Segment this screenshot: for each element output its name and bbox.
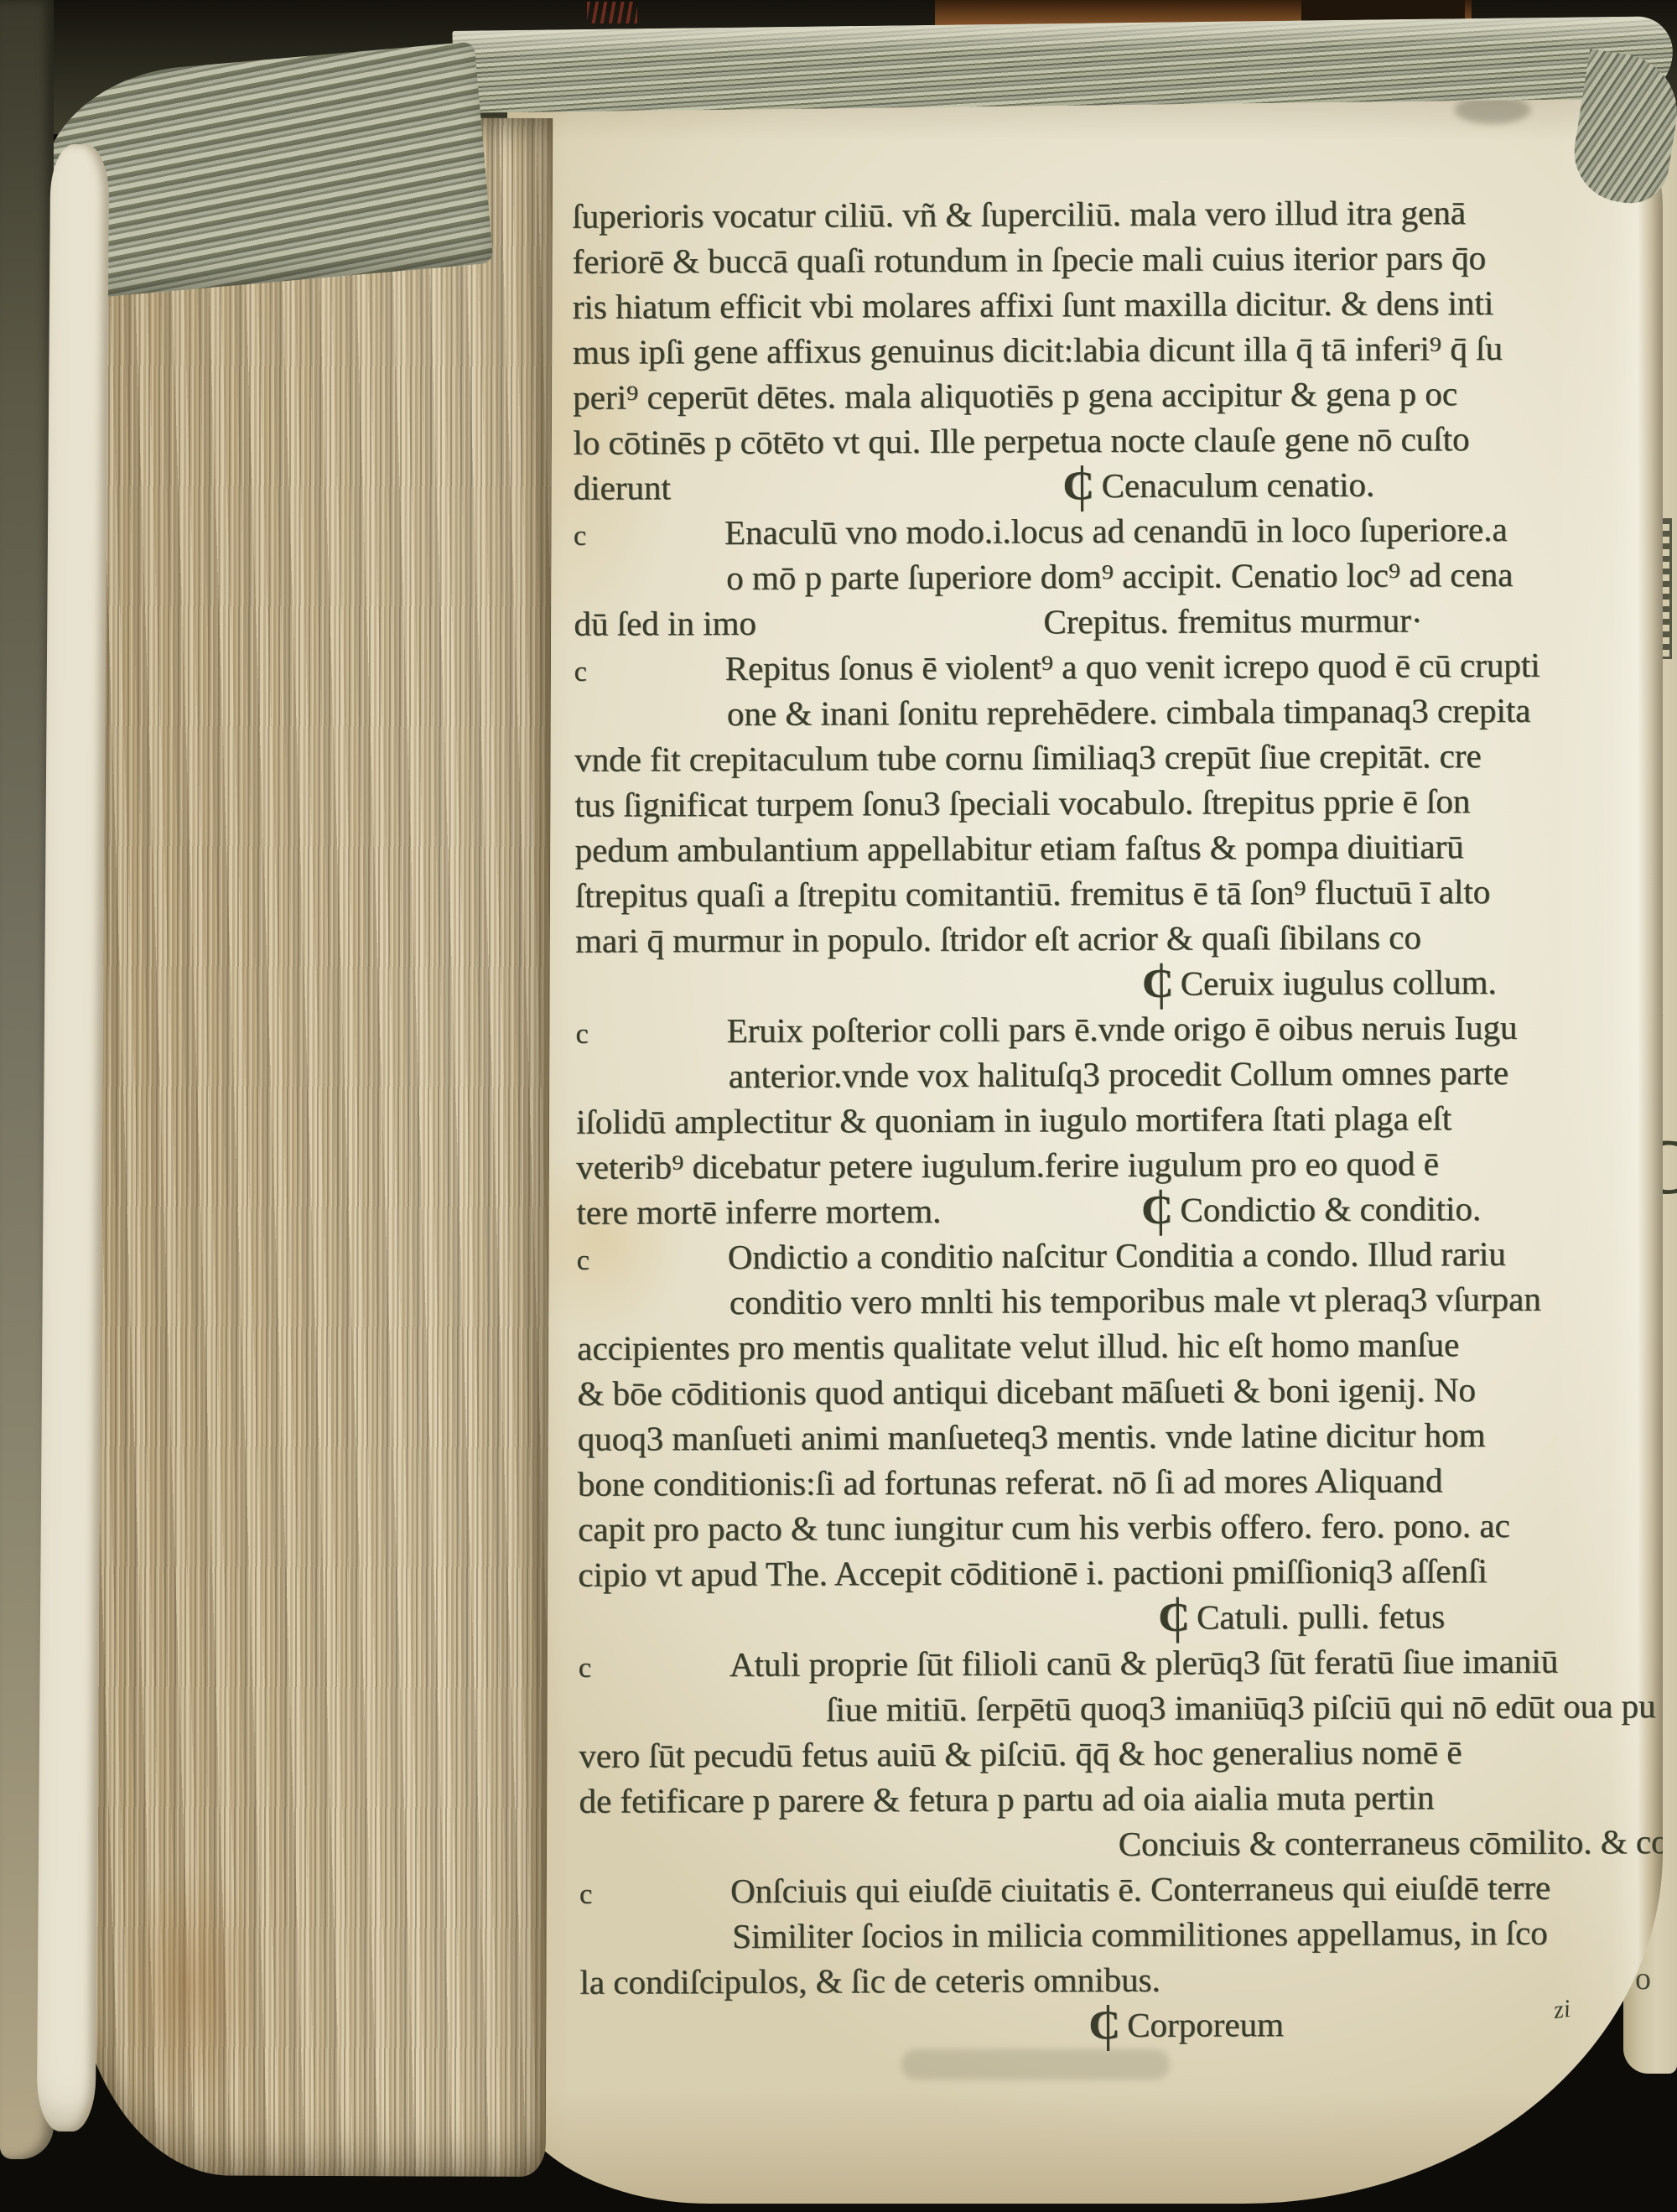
text-line: cipio vt apud The. Accepit cōditionē i. … (578, 1547, 1643, 1597)
paragraph-mark-icon: C (1141, 962, 1173, 1007)
line-text: veterib⁹ dicebatur petere iugulum.ferire… (576, 1144, 1439, 1186)
paragraph-mark-icon: C (1141, 1188, 1173, 1233)
text-line: cOnſciuis qui eiuſdē ciuitatis ē. Conter… (579, 1864, 1644, 1914)
line-text: Repitus ſonus ē violent⁹ a quo venit icr… (725, 646, 1540, 688)
text-line: ſiue mitiū. ſerpētū quoq3 imaniūq3 piſci… (579, 1683, 1643, 1733)
heading-text: Catuli. pulli. fetus (1197, 1593, 1445, 1639)
guide-letter: c (574, 657, 587, 688)
text-line: dieruntCCenaculum cenatio. (574, 460, 1638, 511)
text-line: pedum ambulantium appellabitur etiam faſ… (574, 823, 1639, 873)
paragraph-mark-icon: C (1158, 1596, 1190, 1641)
line-text: one & inani ſonitu reprehēdere. cimbala … (727, 691, 1531, 733)
text-lines: ſuperioris vocatur ciliū. vñ & ſupercili… (572, 189, 1645, 2050)
text-line: dū ſed in imoCrepitus. fremitus murmur· (574, 596, 1638, 646)
text-line: lo cōtinēs p cōtēto vt qui. Ille perpetu… (573, 415, 1638, 465)
line-text: bone conditionis:ſi ad fortunas referat.… (578, 1461, 1443, 1503)
section-heading: CCorporeum (1089, 2007, 1127, 2045)
line-text: Similiter ſocios in milicia commilitione… (732, 1913, 1548, 1955)
text-line: cEnaculū vno modo.i.locus ad cenandū in … (574, 506, 1638, 556)
line-text: cipio vt apud The. Accepit cōditionē i. … (578, 1551, 1487, 1594)
text-line: bone conditionis:ſi ad fortunas referat.… (578, 1456, 1643, 1507)
section-heading: CCeruix iugulus collum. (1143, 965, 1181, 1004)
fore-edge-page-stack (72, 117, 553, 2177)
line-text: feriorē & buccā quaſi rotundum in ſpecie… (572, 238, 1486, 281)
top-page-edges (452, 16, 1673, 113)
line-text: tus ſignificat turpem ſonu3 ſpeciali voc… (574, 781, 1470, 824)
section-heading: CCatuli. pulli. fetus (1159, 1599, 1197, 1638)
text-line: veterib⁹ dicebatur petere iugulum.ferire… (576, 1140, 1641, 1190)
line-text: accipientes pro mentis qualitate velut i… (577, 1325, 1459, 1368)
line-text: Eruix poſterior colli pars ē.vnde origo … (727, 1008, 1518, 1050)
line-text: mari q̄ murmur in populo. ſtridor eſt ac… (575, 917, 1421, 959)
heading-text: Conciuis & conterraneus cōmilito. & cond… (1119, 1818, 1663, 1867)
line-text: & bōe cōditionis quod antiqui dicebant m… (577, 1370, 1476, 1413)
text-line: Similiter ſocios in milicia commilitione… (579, 1909, 1644, 1960)
line-text: tere mortē inferre mortem. (576, 1192, 941, 1232)
text-line: ſuperioris vocatur ciliū. vñ & ſupercili… (572, 189, 1637, 239)
line-text: mus ipſi gene affixus genuinus dicit:lab… (573, 329, 1503, 371)
paragraph-mark-icon: C (1088, 2003, 1120, 2048)
text-line: conditio vero mnlti his temporibus male … (577, 1275, 1642, 1326)
text-line: iſolidū amplectitur & quoniam in iugulo … (576, 1094, 1641, 1145)
line-text: la condiſcipulos, & ſic de ceteris omnib… (579, 1960, 1160, 2002)
text-line: CCorporeum (576, 2000, 1641, 2050)
text-line: capit pro pacto & tunc iungitur cum his … (578, 1502, 1643, 1552)
line-text: pedum ambulantium appellabitur etiam faſ… (574, 827, 1463, 870)
guide-letter: c (579, 1653, 591, 1684)
text-line: one & inani ſonitu reprehēdere. cimbala … (574, 687, 1639, 737)
line-text: dierunt (574, 468, 671, 507)
text-line: ris hiatum efficit vbi molares affixi ſu… (573, 279, 1638, 330)
heading-text: Cenaculum cenatio. (1102, 462, 1375, 508)
line-text: lo cōtinēs p cōtēto vt qui. Ille perpetu… (573, 419, 1469, 462)
line-text: Atuli proprie ſūt filioli canū & plerūq3… (729, 1642, 1559, 1684)
text-line: vnde fit crepitaculum tube cornu ſimilia… (574, 732, 1639, 782)
text-line: accipientes pro mentis qualitate velut i… (577, 1321, 1642, 1371)
text-line: cAtuli proprie ſūt filioli canū & plerūq… (579, 1638, 1643, 1688)
edge-stain (118, 1861, 262, 2113)
book-page: ſuperioris vocatur ciliū. vñ & ſupercili… (507, 82, 1663, 2204)
text-line: CCatuli. pulli. fetus (645, 1592, 1663, 1643)
line-text: ſtrepitus quaſi a ſtrepitu comitantiū. f… (575, 872, 1491, 915)
text-line: cOndictio a conditio naſcitur Conditia a… (577, 1230, 1642, 1280)
text-line: cRepitus ſonus ē violent⁹ a quo venit ic… (574, 641, 1639, 692)
text-line: anterior.vnde vox halituſq3 procedit Col… (576, 1049, 1641, 1099)
text-line: la condiſcipulos, & ſic de ceteris omnib… (579, 1955, 1644, 2005)
text-line: mari q̄ murmur in populo. ſtridor eſt ac… (575, 913, 1640, 963)
guide-letter: c (574, 521, 586, 552)
heading-text: Corporeum (1127, 2002, 1284, 2048)
text-line: tus ſignificat turpem ſonu3 ſpeciali voc… (574, 777, 1639, 828)
paragraph-mark-icon: C (1062, 464, 1094, 509)
heading-text: Condictio & conditio. (1180, 1186, 1481, 1233)
guide-letter: c (579, 1879, 592, 1910)
line-text: Enaculū vno modo.i.locus ad cenandū in l… (724, 510, 1508, 552)
line-text: ſuperioris vocatur ciliū. vñ & ſupercili… (572, 193, 1466, 236)
text-line: tere mortē inferre mortem.CCondictio & c… (576, 1185, 1641, 1235)
line-text: ſiue mitiū. ſerpētū quoq3 imaniūq3 piſci… (826, 1686, 1656, 1728)
text-line: o mō p parte ſuperiore dom⁹ accipit. Cen… (574, 551, 1638, 601)
line-text: peri⁹ ceperūt dētes. mala aliquotiēs p g… (573, 374, 1457, 417)
heading-text: Ceruix iugulus collum. (1181, 959, 1497, 1006)
line-text: iſolidū amplectitur & quoniam in iugulo … (576, 1098, 1451, 1141)
text-block: ſuperioris vocatur ciliū. vñ & ſupercili… (572, 189, 1645, 2050)
line-text: Ondictio a conditio naſcitur Conditia a … (728, 1234, 1506, 1276)
text-line: Conciuis & conterraneus cōmilito. & cond… (586, 1819, 1651, 1869)
line-text: capit pro pacto & tunc iungitur cum his … (578, 1506, 1510, 1549)
text-line: peri⁹ ceperūt dētes. mala aliquotiēs p g… (573, 370, 1638, 420)
text-line: quoq3 manſueti animi manſueteq3 mentis. … (578, 1411, 1643, 1462)
text-line: CCeruix iugulus collum. (629, 958, 1663, 1009)
heading-text: Crepitus. fremitus murmur· (1043, 597, 1422, 644)
text-line: ſtrepitus quaſi a ſtrepitu comitantiū. f… (575, 868, 1640, 918)
line-text: vero ſūt pecudū fetus auiū & piſciū. q̄q… (579, 1732, 1462, 1775)
line-text: quoq3 manſueti animi manſueteq3 mentis. … (578, 1415, 1486, 1458)
line-text: dū ſed in imo (574, 604, 756, 643)
line-text: ris hiatum efficit vbi molares affixi ſu… (573, 283, 1494, 326)
text-line: mus ipſi gene affixus genuinus dicit:lab… (573, 325, 1638, 375)
line-text: conditio vero mnlti his temporibus male … (729, 1280, 1541, 1321)
red-marking (587, 2, 637, 23)
text-line: & bōe cōditionis quod antiqui dicebant m… (577, 1366, 1642, 1416)
line-text: anterior.vnde vox halituſq3 procedit Col… (729, 1053, 1508, 1095)
line-text: o mō p parte ſuperiore dom⁹ accipit. Cen… (726, 555, 1513, 597)
text-line: feriorē & buccā quaſi rotundum in ſpecie… (572, 234, 1637, 284)
line-text: de fetificare p parere & fetura p partu … (579, 1778, 1434, 1820)
line-text: vnde fit crepitaculum tube cornu ſimilia… (574, 736, 1482, 779)
section-heading: CCenaculum cenatio. (1064, 463, 1102, 509)
line-text: Onſciuis qui eiuſdē ciuitatis ē. Conterr… (730, 1868, 1550, 1910)
section-heading: CCondictio & conditio. (1142, 1187, 1180, 1233)
text-line: cEruix poſterior colli pars ē.vnde origo… (575, 1004, 1640, 1054)
guide-letter: c (577, 1245, 589, 1276)
ink-bleed (901, 2049, 1170, 2080)
guide-letter: c (575, 1019, 588, 1050)
text-line: vero ſūt pecudū fetus auiū & piſciū. q̄q… (579, 1728, 1643, 1778)
signature-mark: zi (1552, 1995, 1572, 2025)
book-photograph: faſovcanCvfitſiiteo ſuperioris vocatur c… (0, 0, 1677, 2212)
text-line: de fetificare p parere & fetura p partu … (579, 1773, 1643, 1824)
